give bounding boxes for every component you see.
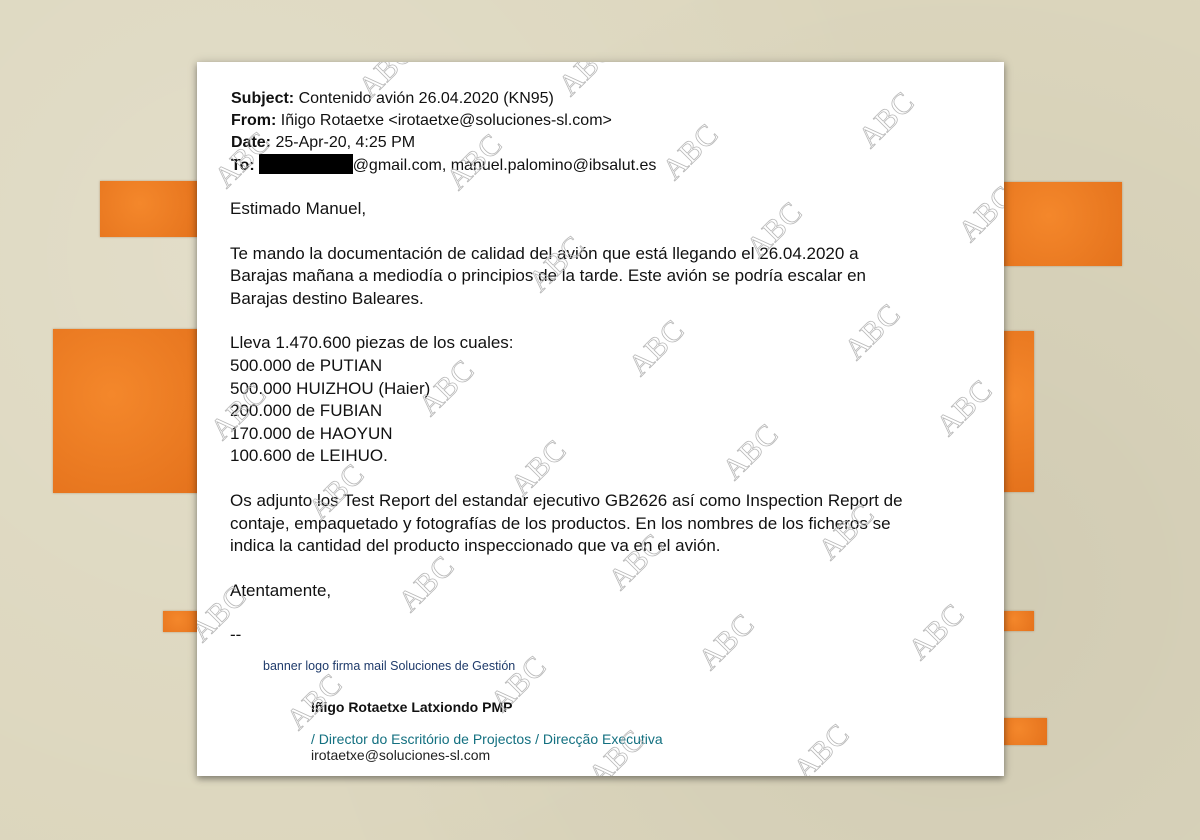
date-label: Date:	[231, 134, 271, 151]
from-line: From: Iñigo Rotaetxe <irotaetxe@solucion…	[231, 110, 656, 132]
watermark: ABC	[656, 117, 726, 187]
redaction-box	[259, 154, 353, 174]
paragraph-line: Barajas destino Baleares.	[230, 289, 424, 308]
paragraph-arrival: Te mando la documentación de calidad del…	[230, 243, 990, 311]
pieces-item: 170.000 de HAOYUN	[230, 423, 990, 446]
subject-value: Contenido avión 26.04.2020 (KN95)	[299, 90, 554, 107]
email-header: Subject: Contenido avión 26.04.2020 (KN9…	[231, 88, 656, 177]
decor-block-right-mid	[1000, 331, 1034, 492]
paragraph-line: Os adjunto los Test Report del estandar …	[230, 491, 903, 510]
from-value: Iñigo Rotaetxe <irotaetxe@soluciones-sl.…	[281, 112, 612, 129]
from-label: From:	[231, 112, 276, 129]
email-printout: Subject: Contenido avión 26.04.2020 (KN9…	[197, 62, 1004, 776]
decor-block-left-top	[100, 181, 200, 237]
decor-block-right-small	[1000, 611, 1034, 631]
decor-block-left-large	[53, 329, 200, 493]
to-value: @gmail.com, manuel.palomino@ibsalut.es	[353, 157, 657, 174]
signature-separator: --	[230, 625, 241, 645]
paragraph-line: Barajas mañana a mediodía o principios d…	[230, 266, 866, 285]
pieces-item: 500.000 HUIZHOU (Haier)	[230, 378, 990, 401]
paragraph-line: contaje, empaquetado y fotografías de lo…	[230, 514, 891, 533]
email-body: Estimado Manuel, Te mando la documentaci…	[230, 198, 990, 624]
signature-banner-alt-text: banner logo firma mail Soluciones de Ges…	[263, 659, 515, 673]
to-label: To:	[231, 157, 255, 174]
decor-block-right-top	[1000, 182, 1122, 266]
pieces-list: Lleva 1.470.600 piezas de los cuales: 50…	[230, 332, 990, 468]
pieces-item: 100.600 de LEIHUO.	[230, 445, 990, 468]
paragraph-line: Te mando la documentación de calidad del…	[230, 244, 859, 263]
watermark: ABC	[787, 717, 857, 776]
closing: Atentamente,	[230, 580, 990, 603]
to-line: To:@gmail.com, manuel.palomino@ibsalut.e…	[231, 154, 656, 177]
signature-name: Iñigo Rotaetxe Latxiondo PMP	[311, 699, 512, 715]
subject-line: Subject: Contenido avión 26.04.2020 (KN9…	[231, 88, 656, 110]
decor-block-left-small	[163, 611, 200, 632]
subject-label: Subject:	[231, 90, 294, 107]
signature-title: / Director do Escritório de Projectos / …	[311, 731, 663, 747]
paragraph-attachments: Os adjunto los Test Report del estandar …	[230, 490, 990, 558]
date-line: Date: 25-Apr-20, 4:25 PM	[231, 132, 656, 154]
paragraph-line: indica la cantidad del producto inspecci…	[230, 536, 721, 555]
date-value: 25-Apr-20, 4:25 PM	[275, 134, 415, 151]
pieces-item: 500.000 de PUTIAN	[230, 355, 990, 378]
watermark: ABC	[852, 85, 922, 155]
greeting: Estimado Manuel,	[230, 198, 990, 221]
decor-block-right-bottom	[1000, 718, 1047, 745]
pieces-item: 200.000 de FUBIAN	[230, 400, 990, 423]
signature-email[interactable]: irotaetxe@soluciones-sl.com	[311, 747, 490, 763]
pieces-intro: Lleva 1.470.600 piezas de los cuales:	[230, 332, 990, 355]
